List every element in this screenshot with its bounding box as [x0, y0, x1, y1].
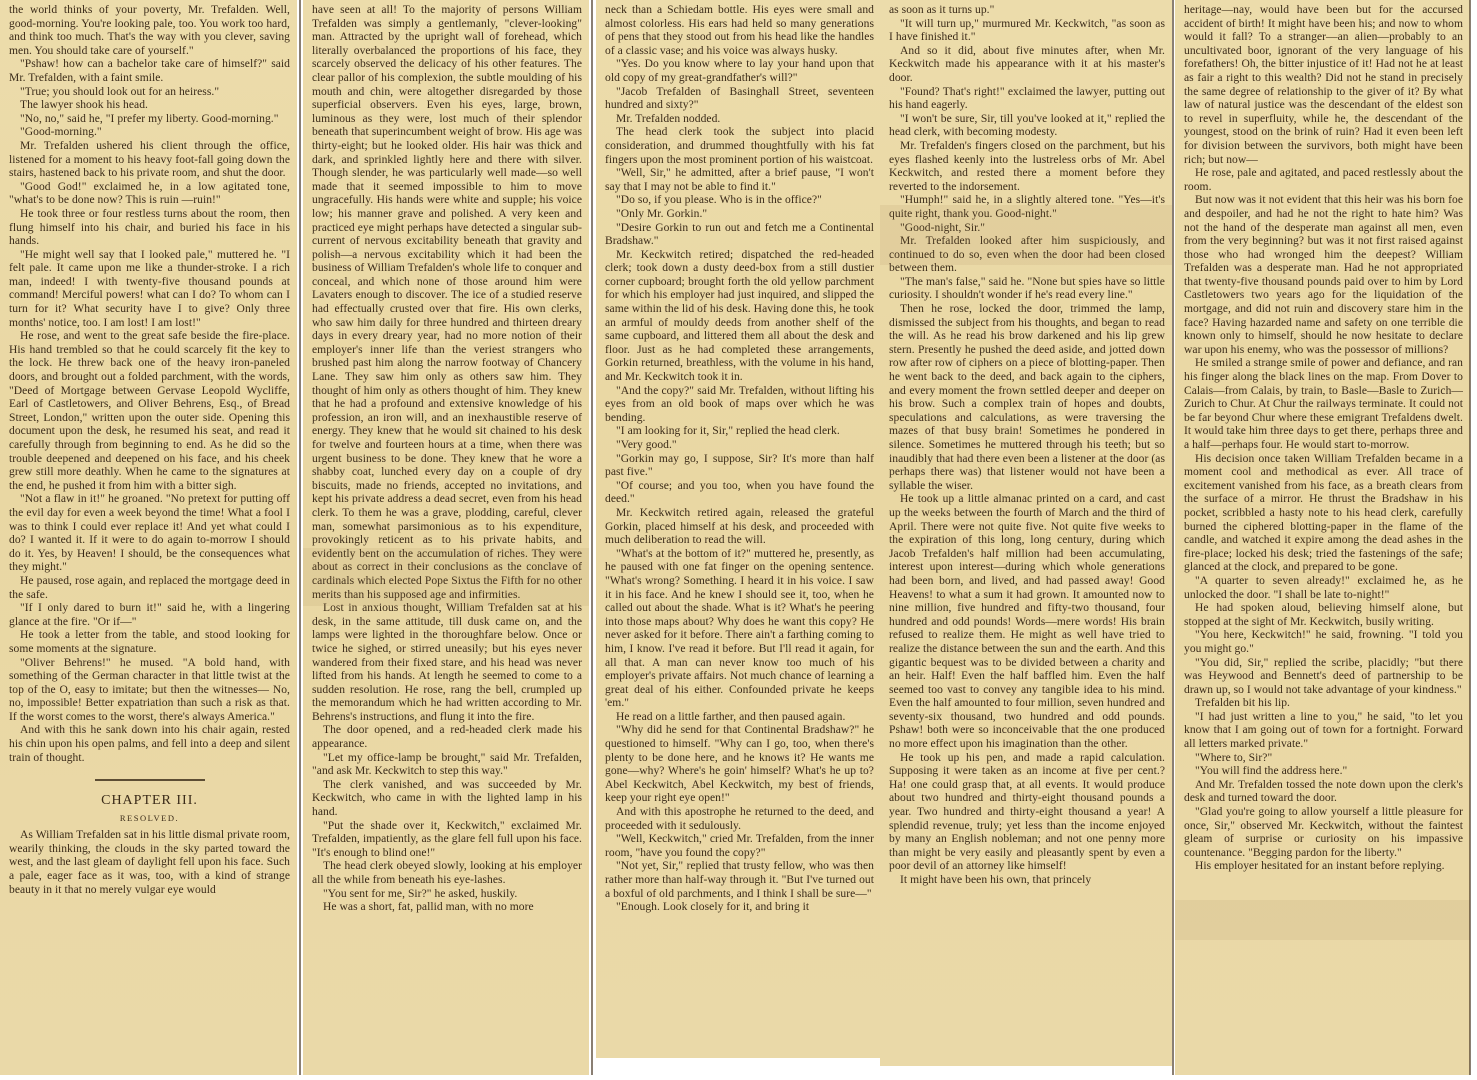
paragraph: As William Trefalden sat in his little d…	[9, 829, 290, 897]
paragraph: neck than a Schiedam bottle. His eyes we…	[605, 4, 874, 58]
paragraph: His decision once taken William Trefalde…	[1184, 453, 1463, 575]
paragraph: He took three or four restless turns abo…	[9, 208, 290, 249]
paragraph: "Not a flaw in it!" he groaned. "No pret…	[9, 493, 290, 575]
paragraph: "Let my office-lamp be brought," said Mr…	[312, 752, 582, 779]
paragraph: "Of course; and you too, when you have f…	[605, 480, 874, 507]
column-divider	[1469, 0, 1471, 1075]
paragraph: as soon as it turns up."	[889, 4, 1165, 18]
paragraph: "I won't be sure, Sir, till you've looke…	[889, 113, 1165, 140]
paragraph: Mr. Trefalden's fingers closed on the pa…	[889, 140, 1165, 194]
paragraph: The clerk vanished, and was succeeded by…	[312, 779, 582, 820]
paragraph: "You did, Sir," replied the scribe, plac…	[1184, 657, 1463, 698]
paragraph: "Only Mr. Gorkin."	[605, 208, 874, 222]
paragraph: The lawyer shook his head.	[9, 99, 290, 113]
paragraph: "Found? That's right!" exclaimed the law…	[889, 86, 1165, 113]
paragraph: He paused, rose again, and replaced the …	[9, 575, 290, 602]
paragraph: "And the copy?" said Mr. Trefalden, with…	[605, 385, 874, 426]
paragraph: "Well, Sir," he admitted, after a brief …	[605, 167, 874, 194]
paragraph: "Why did he send for that Continental Br…	[605, 724, 874, 806]
column-4: as soon as it turns up.""It will turn up…	[880, 0, 1172, 1066]
paragraph: He was a short, fat, pallid man, with no…	[312, 901, 582, 915]
paragraph: "Yes. Do you know where to lay your hand…	[605, 58, 874, 85]
paragraph: "I am looking for it, Sir," replied the …	[605, 425, 874, 439]
paragraph: Mr. Trefalden nodded.	[605, 113, 874, 127]
paragraph: "Oliver Behrens!" he mused. "A bold hand…	[9, 657, 290, 725]
paragraph: "It will turn up," murmured Mr. Keckwitc…	[889, 18, 1165, 45]
paragraph: "Good-night, Sir."	[889, 222, 1165, 236]
paragraph: "Humph!" said he, in a slightly altered …	[889, 194, 1165, 221]
paragraph: But now was it not evident that this hei…	[1184, 194, 1463, 357]
column-5-text: heritage—nay, would have been but for th…	[1184, 4, 1463, 874]
paragraph: have seen at all! To the majority of per…	[312, 4, 582, 602]
column-5: heritage—nay, would have been but for th…	[1175, 0, 1470, 1075]
paragraph: He took a letter from the table, and sto…	[9, 629, 290, 656]
paragraph: He rose, pale and agitated, and paced re…	[1184, 167, 1463, 194]
paragraph: "True; you should look out for an heires…	[9, 86, 290, 100]
column-1-text-after-chapter: As William Trefalden sat in his little d…	[9, 829, 290, 897]
paragraph: "You sent for me, Sir?" he asked, huskil…	[312, 888, 582, 902]
column-divider	[591, 0, 593, 1075]
paragraph: "Put the shade over it, Keckwitch," excl…	[312, 820, 582, 861]
paper-crease-shadow	[1175, 900, 1470, 940]
paragraph: "Enough. Look closely for it, and bring …	[605, 901, 874, 915]
paragraph: It might have been his own, that princel…	[889, 874, 1165, 888]
column-divider	[1172, 0, 1174, 1075]
column-1: the world thinks of your poverty, Mr. Tr…	[0, 0, 297, 1075]
paragraph: "He might well say that I looked pale," …	[9, 249, 290, 331]
paragraph: He took up a little almanac printed on a…	[889, 493, 1165, 751]
paragraph: "Pshaw! how can a bachelor take care of …	[9, 58, 290, 85]
column-4-text: as soon as it turns up.""It will turn up…	[889, 4, 1165, 888]
paragraph: "Good God!" exclaimed he, in a low agita…	[9, 181, 290, 208]
paragraph: "You here, Keckwitch!" he said, frowning…	[1184, 629, 1463, 656]
paragraph: "Glad you're going to allow yourself a l…	[1184, 806, 1463, 860]
paragraph: "No, no," said he, "I prefer my liberty.…	[9, 113, 290, 127]
column-2: have seen at all! To the majority of per…	[303, 0, 589, 1075]
paragraph: And with this he sank down into his chai…	[9, 724, 290, 765]
chapter-separator-rule	[95, 779, 205, 781]
paragraph: The door opened, and a red-headed clerk …	[312, 724, 582, 751]
paragraph: "Good-morning."	[9, 126, 290, 140]
paragraph: heritage—nay, would have been but for th…	[1184, 4, 1463, 167]
paragraph: He took up his pen, and made a rapid cal…	[889, 752, 1165, 874]
paragraph: "Where to, Sir?"	[1184, 752, 1463, 766]
paragraph: "Well, Keckwitch," cried Mr. Trefalden, …	[605, 833, 874, 860]
paragraph: "Not yet, Sir," replied that trusty fell…	[605, 860, 874, 901]
chapter-title: CHAPTER III.	[9, 793, 290, 809]
column-divider	[299, 0, 301, 1075]
newspaper-clipping: the world thinks of your poverty, Mr. Tr…	[0, 0, 1477, 1080]
paragraph: Then he rose, locked the door, trimmed t…	[889, 303, 1165, 493]
paragraph: "Gorkin may go, I suppose, Sir? It's mor…	[605, 453, 874, 480]
paragraph: "I had just written a line to you," he s…	[1184, 711, 1463, 752]
paragraph: Mr. Keckwitch retired again, released th…	[605, 507, 874, 548]
paragraph: He read on a little farther, and then pa…	[605, 711, 874, 725]
paragraph: "Desire Gorkin to run out and fetch me a…	[605, 222, 874, 249]
paragraph: "What's at the bottom of it?" muttered h…	[605, 548, 874, 711]
paragraph: "Very good."	[605, 439, 874, 453]
column-3: neck than a Schiedam bottle. His eyes we…	[596, 0, 881, 1058]
paragraph: And with this apostrophe he returned to …	[605, 806, 874, 833]
paragraph: And so it did, about five minutes after,…	[889, 45, 1165, 86]
paragraph: The head clerk obeyed slowly, looking at…	[312, 860, 582, 887]
paragraph: He had spoken aloud, believing himself a…	[1184, 602, 1463, 629]
paragraph: And Mr. Trefalden tossed the note down u…	[1184, 779, 1463, 806]
paragraph: "The man's false," said he. "None but sp…	[889, 276, 1165, 303]
paragraph: The head clerk took the subject into pla…	[605, 126, 874, 167]
column-2-text: have seen at all! To the majority of per…	[312, 4, 582, 915]
paragraph: Lost in anxious thought, William Trefald…	[312, 602, 582, 724]
paragraph: "Do so, if you please. Who is in the off…	[605, 194, 874, 208]
paragraph: Trefalden bit his lip.	[1184, 697, 1463, 711]
paragraph: the world thinks of your poverty, Mr. Tr…	[9, 4, 290, 58]
paragraph: "Jacob Trefalden of Basinghall Street, s…	[605, 86, 874, 113]
column-1-text-before-chapter: the world thinks of your poverty, Mr. Tr…	[9, 4, 290, 765]
paragraph: Mr. Keckwitch retired; dispatched the re…	[605, 249, 874, 385]
paragraph: His employer hesitated for an instant be…	[1184, 860, 1463, 874]
chapter-subtitle: RESOLVED.	[9, 813, 290, 823]
paragraph: Mr. Trefalden looked after him suspiciou…	[889, 235, 1165, 276]
column-3-text: neck than a Schiedam bottle. His eyes we…	[605, 4, 874, 915]
paragraph: "A quarter to seven already!" exclaimed …	[1184, 575, 1463, 602]
paragraph: "If I only dared to burn it!" said he, w…	[9, 602, 290, 629]
paragraph: "You will find the address here."	[1184, 765, 1463, 779]
paragraph: He rose, and went to the great safe besi…	[9, 330, 290, 493]
paragraph: He smiled a strange smile of power and d…	[1184, 357, 1463, 452]
paragraph: Mr. Trefalden ushered his client through…	[9, 140, 290, 181]
